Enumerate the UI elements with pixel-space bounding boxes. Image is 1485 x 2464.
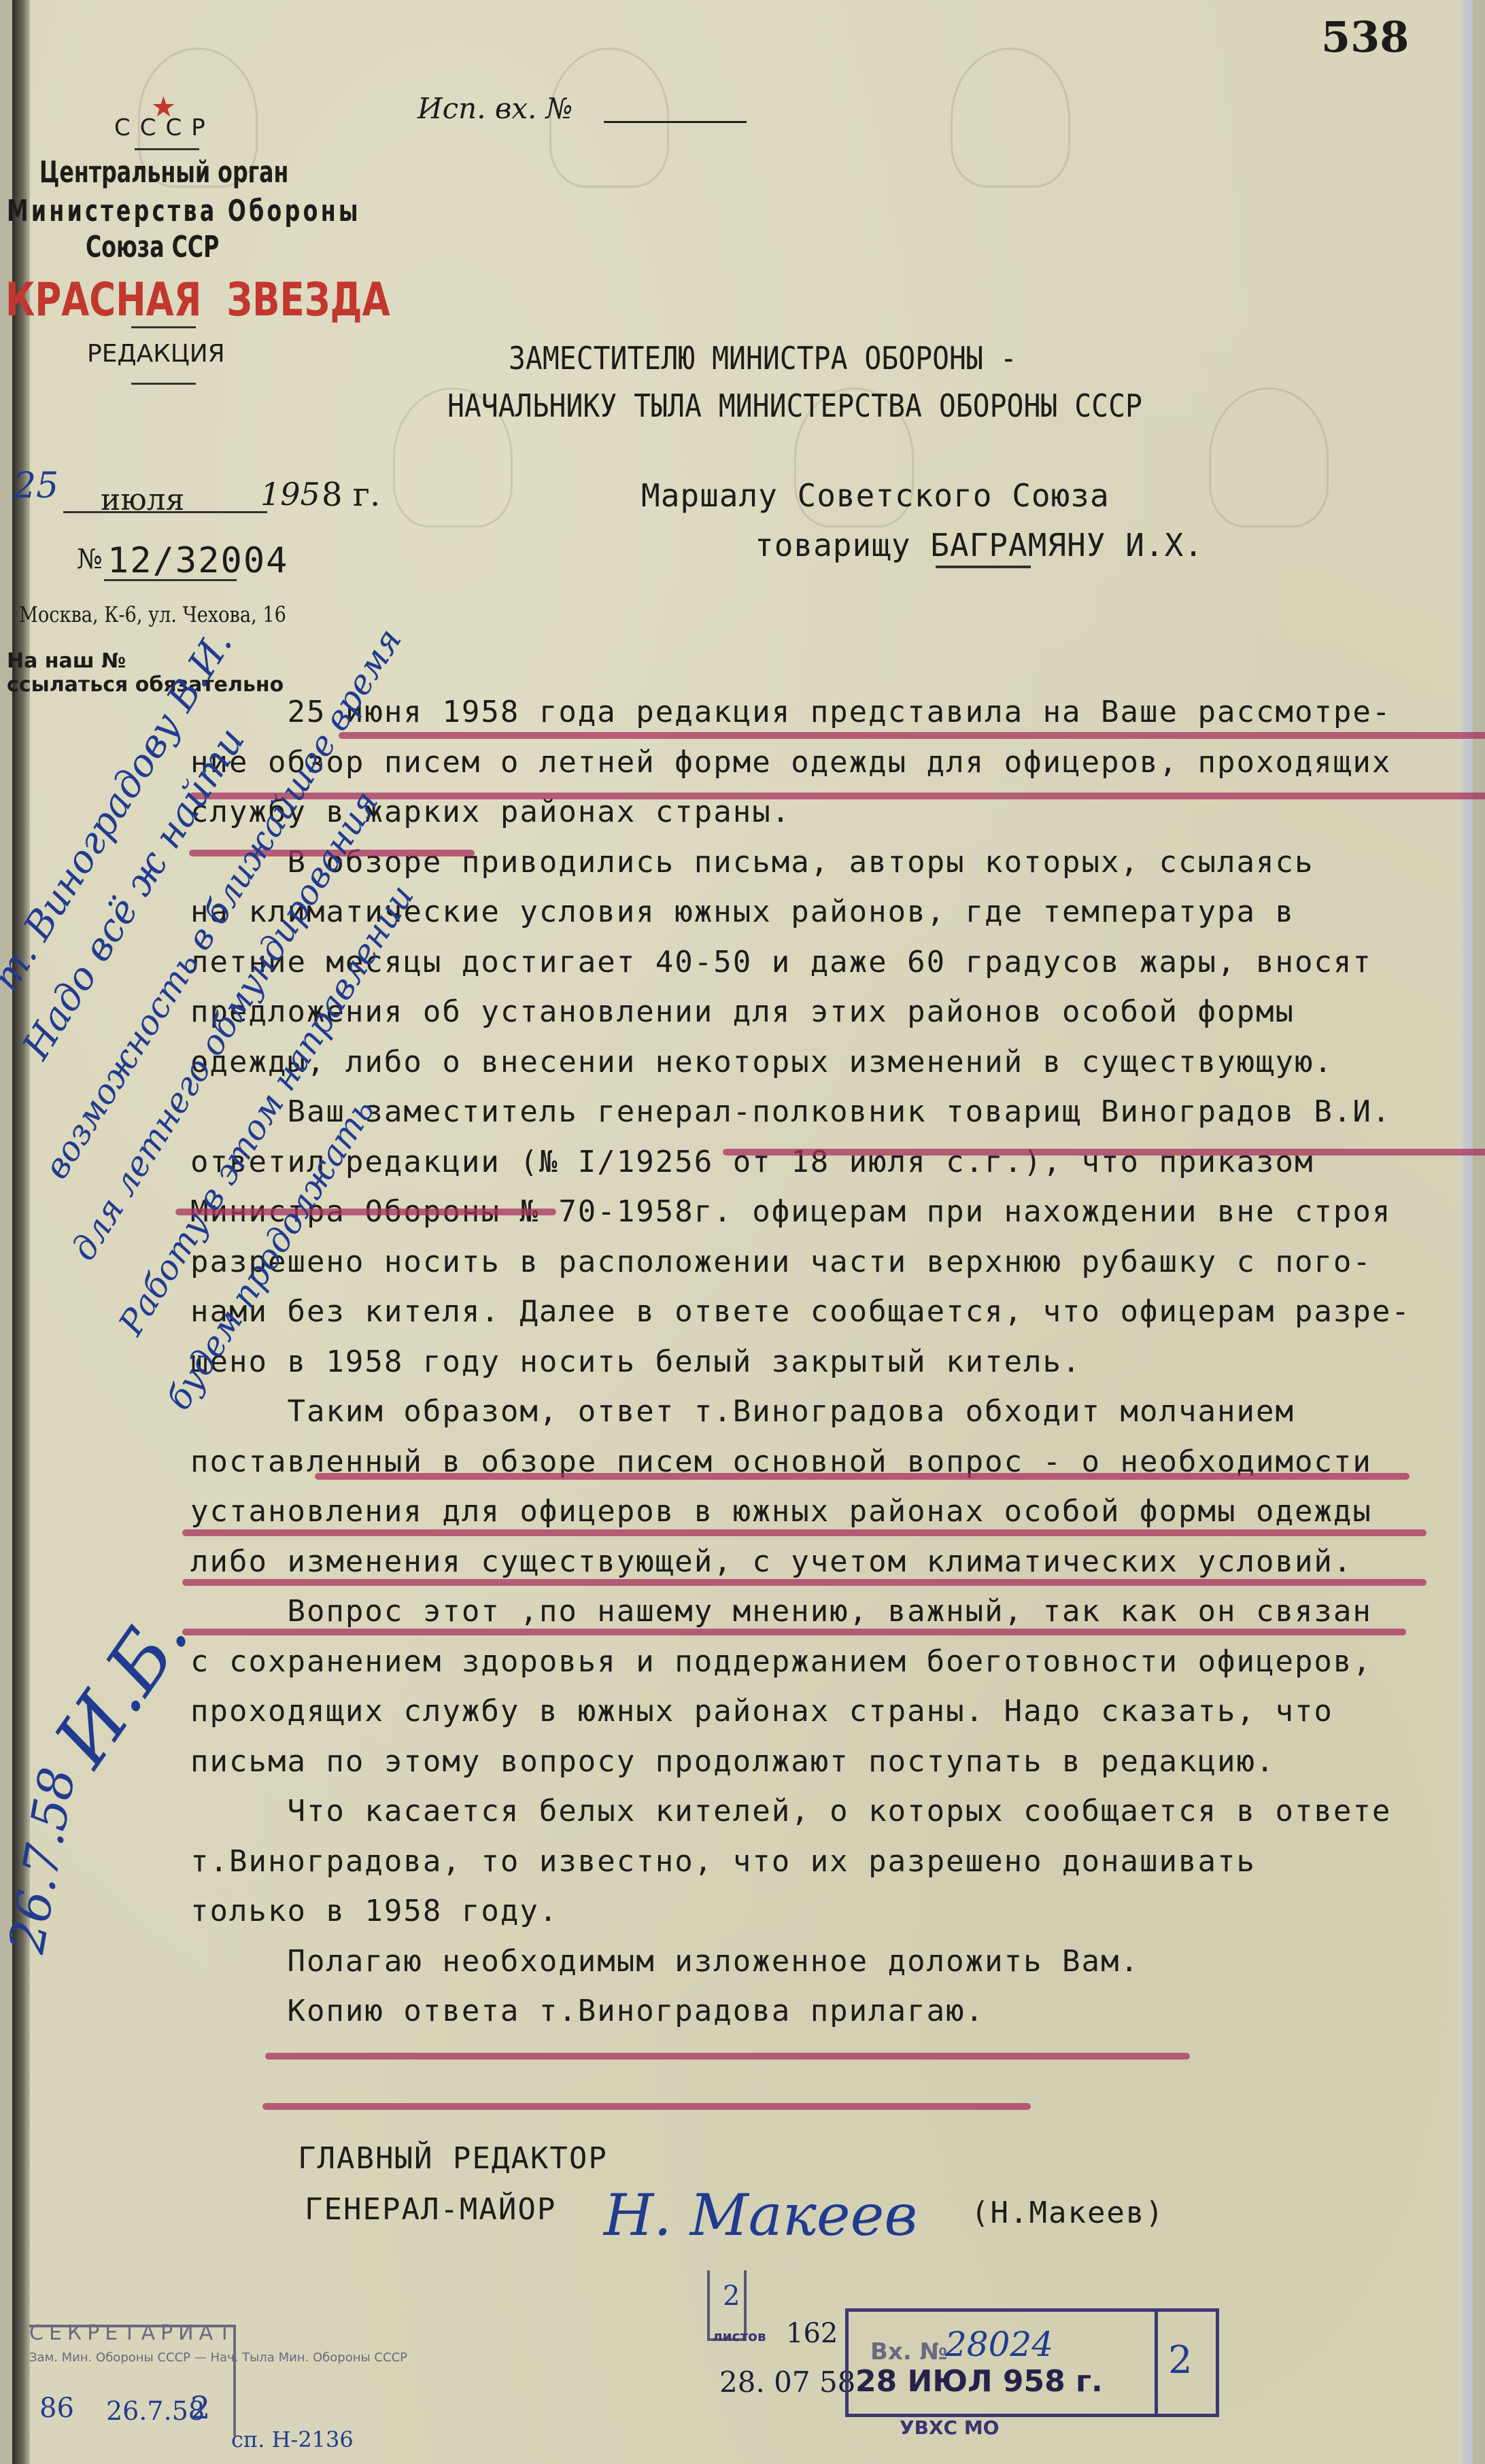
incoming-number: 28024 [945,2325,1053,2364]
date-year-suffix: 8 г. [322,476,380,514]
sheets-count: 2 [723,2280,740,2312]
incoming-date: 28 ИЮЛ 958 г. [855,2364,1103,2399]
date-day: 25 [14,466,58,506]
incoming-stamp-label: Вх. № [870,2338,948,2365]
addressee-line-4: товарищу БАГРАМЯНУ И.Х. [755,527,1204,563]
body-line: Таким образом, ответ т.Виноградова обход… [190,1394,1295,1429]
body-line: Копию ответа т.Виноградова прилагаю. [190,1994,985,2028]
reference-line-2: ссылаться обязательно [7,673,284,697]
page-number: 538 [1321,12,1409,62]
body-line: установления для офицеров в южных района… [190,1494,1372,1529]
body-line: шено в 1958 году носить белый закрытый к… [190,1344,1082,1379]
secretariat-number: 86 [39,2393,74,2424]
body-line: нами без кителя. Далее в ответе сообщает… [190,1294,1411,1329]
reference-code: сп. Н-2136 [231,2427,354,2452]
watermark-emblem [1209,387,1329,527]
body-line: ние обзор писем о летней форме одежды дл… [190,745,1391,780]
signature-title-1: ГЛАВНЫЙ РЕДАКТОР [298,2141,608,2176]
page-edge [1458,0,1473,2464]
newspaper-title: КРАСНАЯ ЗВЕЗДА [5,273,390,327]
signature-title-2: ГЕНЕРАЛ-МАЙОР [305,2192,556,2227]
body-line: Что касается белых кителей, о которых со… [190,1794,1391,1828]
signatory-name: (Н.Макеев) [971,2196,1165,2230]
outgoing-number: 12/32004 [107,540,288,581]
addressee-line-2: НАЧАЛЬНИКУ ТЫЛА МИНИСТЕРСТВА ОБОРОНЫ ССС… [447,387,1142,424]
handwritten-signature: Н. Макеев [604,2182,917,2249]
incoming-label: Исп. вх. № [417,92,573,125]
body-line: разрешено носить в расположении части ве… [190,1245,1372,1279]
org-line-2: Министерства Обороны [7,194,361,228]
body-line: проходящих службу в южных районах страны… [190,1694,1333,1729]
secretariat-stamp-title: СЕКРЕТАРИАТ [29,2321,236,2345]
sheets-label: листов [713,2328,766,2344]
address: Москва, К-6, ул. Чехова, 16 [19,602,286,627]
body-line: с сохранением здоровья и поддержанием бо… [190,1644,1372,1679]
department-label: РЕДАКЦИЯ [87,340,225,368]
org-line-3: Союза ССР [86,230,219,264]
secretariat-sheets: 2 [190,2389,210,2426]
number-label: № [77,544,103,575]
date-year-prefix: 195 [260,476,320,513]
incoming-copies: 2 [1168,2338,1193,2382]
body-line: либо изменения существующей, с учетом кл… [190,1544,1352,1579]
secretariat-stamp-sub: Зам. Мин. Обороны СССР — Нач. Тыла Мин. … [29,2350,407,2365]
body-line: Вопрос этот ,по нашему мнению, важный, т… [190,1594,1372,1629]
country-label: СССР [114,114,215,141]
incoming-office: УВХС МО [900,2416,999,2439]
addressee-line-1: ЗАМЕСТИТЕЛЮ МИНИСТРА ОБОРОНЫ - [509,340,1017,377]
body-line: Полагаю необходимым изложенное доложить … [190,1944,1140,1979]
org-line-1: Центральный орган [39,155,288,190]
body-line: т.Виноградова, то известно, что их разре… [190,1844,1256,1879]
document-page: 538 ★ СССР Центральный орган Министерств… [12,0,1473,2464]
registration-date: 28. 07 58 [719,2365,855,2399]
body-line: письма по этому вопросу продолжают посту… [190,1744,1275,1779]
binding-edge [12,0,30,2464]
addressee-line-3: Маршалу Советского Союза [641,477,1110,514]
body-line: одежды, либо о внесении некоторых измене… [190,1045,1333,1079]
watermark-emblem [951,48,1070,188]
resolution-initials: И.Б. [38,1594,205,1782]
body-line: на климатические условия южных районов, … [190,895,1295,929]
registration-number: 162 [786,2318,838,2349]
body-line: только в 1958 году. [190,1894,558,1928]
reference-line-1: На наш № [7,649,126,673]
